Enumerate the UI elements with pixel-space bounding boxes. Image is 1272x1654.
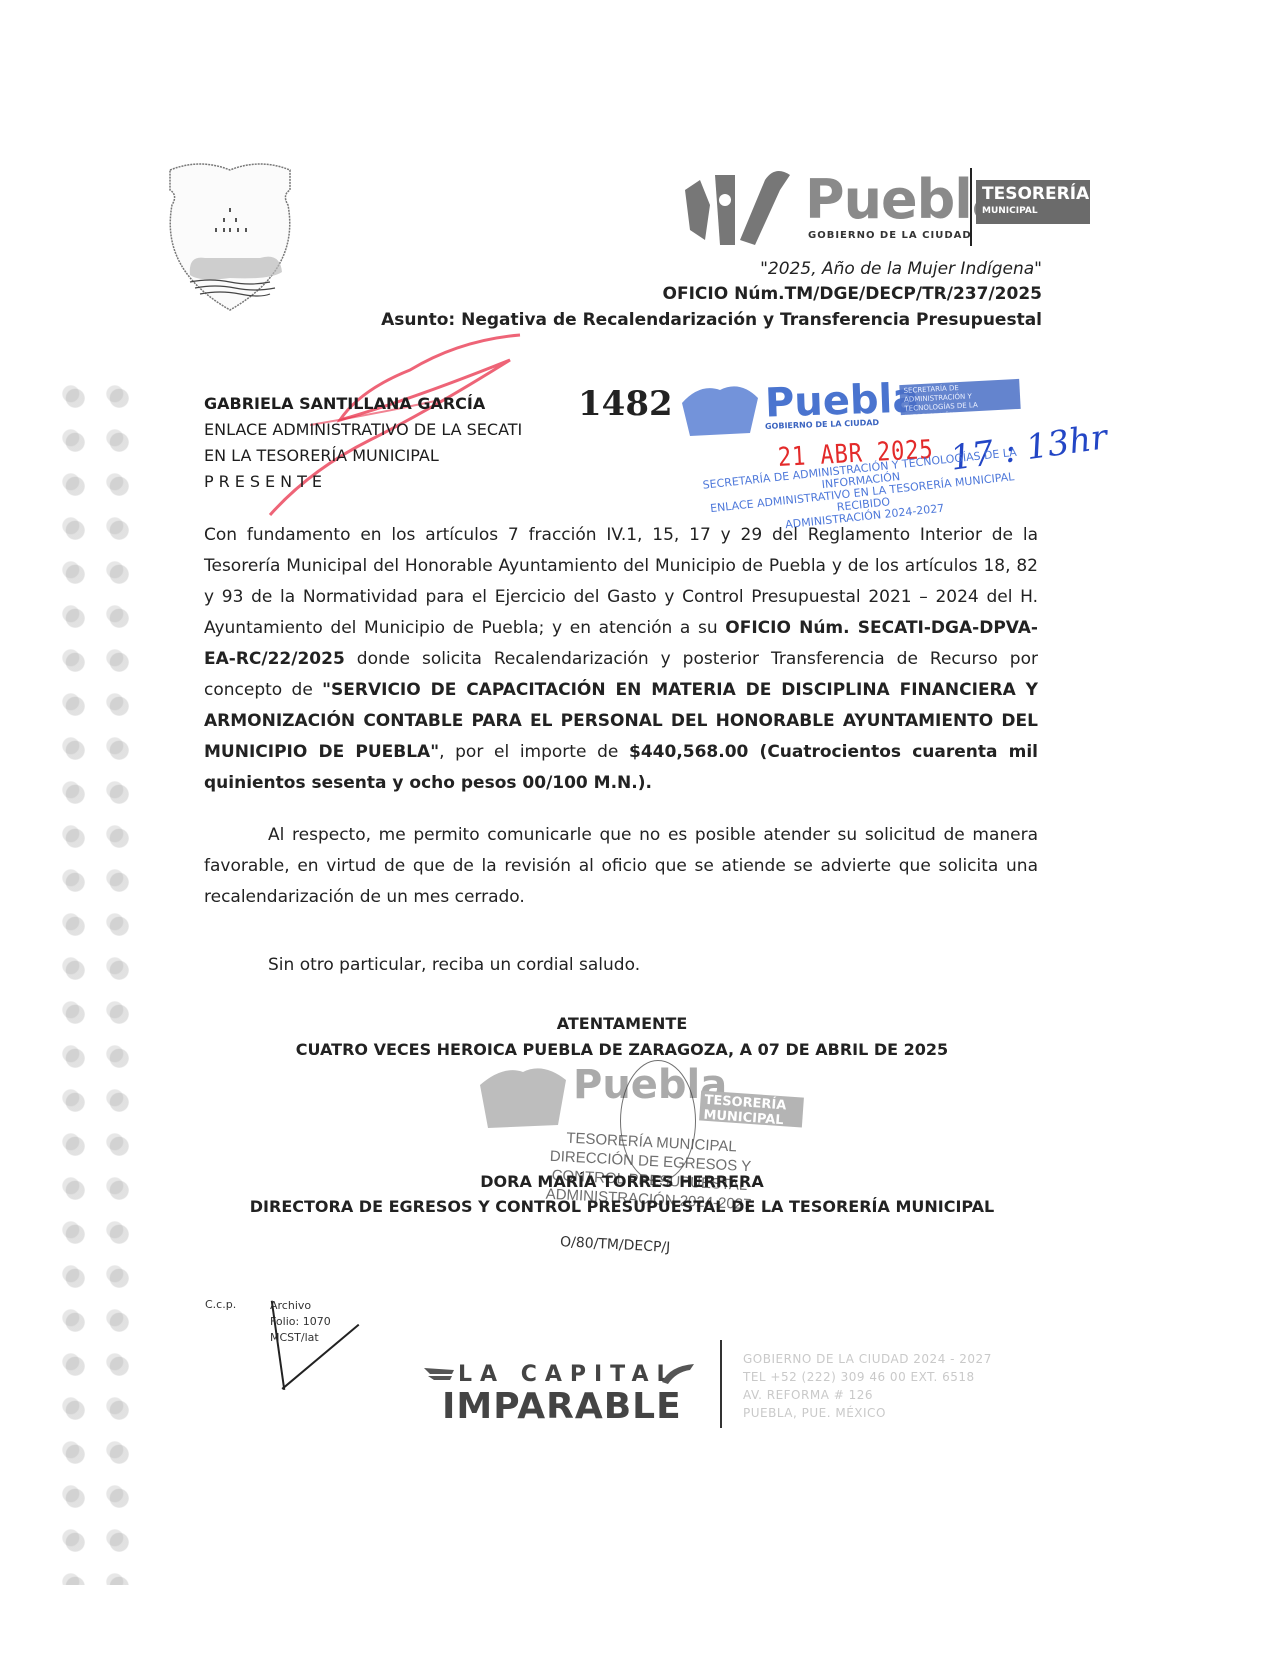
slogan-line-2: IMPARABLE: [420, 1387, 700, 1427]
footer-divider: [720, 1340, 722, 1428]
stamp-box-text: SECRETARÍA DE ADMINISTRACIÓN Y TECNOLOGÍ…: [899, 379, 1020, 415]
p1-text-c: , por el importe de: [439, 742, 629, 762]
closing-atentamente: ATENTAMENTE: [0, 1014, 1244, 1033]
addressee-department: EN LA TESORERÍA MUNICIPAL: [204, 443, 522, 469]
body-paragraph-3: Sin otro particular, reciba un cordial s…: [204, 950, 1038, 981]
puebla-emblem-gray-icon: [478, 1060, 568, 1130]
badge-line-2: MUNICIPAL: [982, 206, 1038, 216]
footer-info-line: AV. REFORMA # 126: [743, 1386, 992, 1404]
footer-info-line: GOBIERNO DE LA CIUDAD 2024 - 2027: [743, 1350, 992, 1368]
slogan-line-1: LA CAPITAL: [420, 1362, 700, 1387]
wing-right-icon: [660, 1362, 696, 1388]
addressee-block: GABRIELA SANTILLANA GARCÍA ENLACE ADMINI…: [204, 391, 522, 495]
signer-name: DORA MARÍA TORRES HERRERA: [0, 1172, 1244, 1191]
footer-info-line: PUEBLA, PUE. MÉXICO: [743, 1404, 992, 1422]
footer-slogan: LA CAPITAL IMPARABLE: [420, 1362, 700, 1427]
footer-info-line: TEL +52 (222) 309 46 00 EXT. 6518: [743, 1368, 992, 1386]
ccp-item: Archivo: [270, 1298, 331, 1314]
subject-line: Asunto: Negativa de Recalendarización y …: [381, 310, 1042, 330]
addressee-name: GABRIELA SANTILLANA GARCÍA: [204, 391, 522, 417]
coat-of-arms-icon: [150, 150, 310, 320]
year-motto: "2025, Año de la Mujer Indígena": [760, 259, 1042, 279]
wing-left-icon: [422, 1364, 456, 1388]
seal-box: TESORERÍA MUNICIPAL: [699, 1090, 804, 1127]
puebla-emblem-icon: [680, 160, 800, 250]
body-paragraph-1: Con fundamento en los artículos 7 fracci…: [204, 520, 1038, 799]
ccp-item: Folio: 1070: [270, 1314, 331, 1330]
ccp-label: C.c.p.: [205, 1298, 236, 1311]
tesoreria-badge: TESORERÍA MUNICIPAL: [976, 180, 1090, 224]
reference-code: O/80/TM/DECP/J: [560, 1234, 671, 1256]
decorative-side-pattern: [62, 385, 142, 1585]
signer-title: DIRECTORA DE EGRESOS Y CONTROL PRESUPUES…: [0, 1197, 1244, 1216]
oficio-number: OFICIO Núm.TM/DGE/DECP/TR/237/2025: [663, 284, 1042, 304]
received-stamp-logo: Puebla GOBIERNO DE LA CIUDAD SECRETARÍA …: [680, 378, 1010, 438]
body-paragraph-2: Al respecto, me permito comunicarle que …: [204, 820, 1038, 913]
received-folio-number: 1482: [578, 384, 673, 424]
ccp-item: MCST/lat: [270, 1330, 331, 1346]
ccp-list: Archivo Folio: 1070 MCST/lat: [270, 1298, 331, 1346]
presente-label: PRESENTE: [204, 469, 522, 495]
logo-divider: [970, 168, 972, 246]
badge-line-1: TESORERÍA: [982, 184, 1089, 204]
puebla-emblem-blue-icon: [680, 378, 760, 438]
puebla-tesoreria-logo: Puebla GOBIERNO DE LA CIUDAD TESORERÍA M…: [680, 160, 1090, 250]
closing-city-date: CUATRO VECES HEROICA PUEBLA DE ZARAGOZA,…: [0, 1040, 1244, 1059]
footer-contact-info: GOBIERNO DE LA CIUDAD 2024 - 2027 TEL +5…: [743, 1350, 992, 1422]
logo-subtitle: GOBIERNO DE LA CIUDAD: [808, 230, 972, 241]
addressee-position: ENLACE ADMINISTRATIVO DE LA SECATI: [204, 417, 522, 443]
